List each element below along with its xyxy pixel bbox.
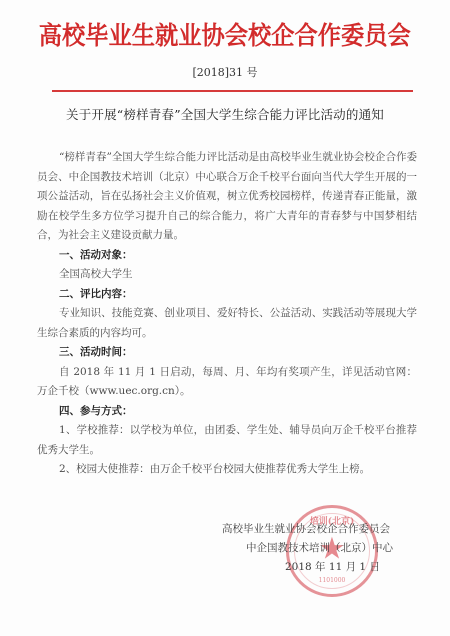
section-heading: 三、活动时间： bbox=[37, 343, 417, 363]
signature-org-1: 高校毕业生就业协会校企合作委员会 bbox=[222, 521, 390, 536]
org-title: 高校毕业生就业协会校企合作委员会 bbox=[16, 16, 435, 52]
section-heading: 一、活动对象： bbox=[37, 246, 417, 266]
doc-number: [2018]31 号 bbox=[0, 64, 450, 80]
signature-org-2: 中企国教技术培训（北京）中心 bbox=[246, 540, 393, 555]
section-heading: 二、评比内容： bbox=[37, 285, 417, 305]
section-text: 2、校园大使推荐：由万企千校平台校园大使推荐优秀大学生上榜。 bbox=[37, 460, 417, 480]
intro-paragraph: “榜样青春”全国大学生综合能力评比活动是由高校毕业生就业协会校企合作委员会、中企… bbox=[37, 148, 417, 246]
notice-body: “榜样青春”全国大学生综合能力评比活动是由高校毕业生就业协会校企合作委员会、中企… bbox=[37, 148, 417, 480]
section-text: 1、学校推荐：以学校为单位，由团委、学生处、辅导员向万企千校平台推荐优秀大学生。 bbox=[37, 421, 417, 460]
section-text: 专业知识、技能竞赛、创业项目、爱好特长、公益活动、实践活动等展现大学生综合素质的… bbox=[37, 304, 417, 343]
section-text: 自 2018 年 11 月 1 日启动，每周、月、年均有奖项产生，详见活动官网：… bbox=[37, 363, 417, 402]
header-divider bbox=[52, 90, 413, 92]
section-heading: 四、参与方式： bbox=[37, 402, 417, 422]
signature-date: 2018 年 11 月 1 日 bbox=[285, 559, 380, 574]
notice-title: 关于开展“榜样青春”全国大学生综合能力评比活动的通知 bbox=[0, 105, 450, 123]
document-page: 高校毕业生就业协会校企合作委员会 [2018]31 号 关于开展“榜样青春”全国… bbox=[0, 0, 450, 636]
section-text: 全国高校大学生 bbox=[37, 265, 417, 285]
seal-code: 1101000 bbox=[289, 577, 375, 584]
